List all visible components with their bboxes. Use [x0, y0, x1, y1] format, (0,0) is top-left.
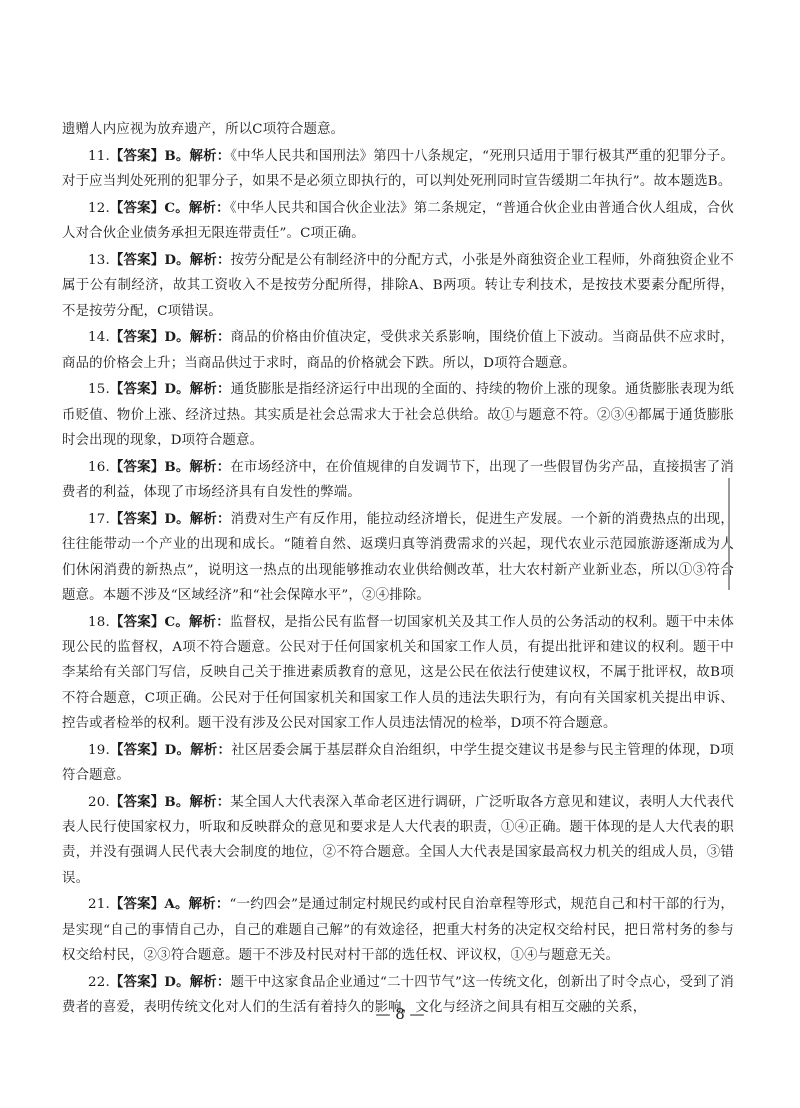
answer-item-18: 18.【答案】C。解析：监督权，是指公民有监督一切国家机关及其工作人员的公务活动… — [62, 610, 734, 736]
scan-margin-line — [728, 478, 730, 590]
continuation-paragraph: 遗赠人内应视为放弃遗产，所以C项符合题意。 — [62, 117, 734, 142]
answer-item-13: 13.【答案】D。解析：按劳分配是公有制经济中的分配方式，小张是外商独资企业工程… — [62, 248, 734, 324]
answer-item-12: 12.【答案】C。解析：《中华人民共和国合伙企业法》第二条规定，“普通合伙企业由… — [62, 196, 734, 247]
answer-item-16: 16.【答案】B。解析：在市场经济中，在价值规律的自发调节下，出现了一些假冒伪劣… — [62, 455, 734, 506]
document-body: 遗赠人内应视为放弃遗产，所以C项符合题意。 11.【答案】B。解析：《中华人民共… — [62, 117, 734, 1022]
answer-item-17: 17.【答案】D。解析：消费对生产有反作用，能拉动经济增长，促进生产发展。一个新… — [62, 507, 734, 608]
answer-item-20: 20.【答案】B。解析：某全国人大代表深入革命老区进行调研，广泛听取各方意见和建… — [62, 790, 734, 891]
answer-item-21: 21.【答案】A。解析：“一约四会”是通过制定村规民约或村民自治章程等形式，规范… — [62, 892, 734, 968]
page-number: — 8 — — [0, 1005, 800, 1023]
answer-item-11: 11.【答案】B。解析：《中华人民共和国刑法》第四十八条规定，“死刑只适用于罪行… — [62, 144, 734, 195]
answer-item-19: 19.【答案】D。解析：社区居委会属于基层群众自治组织，中学生提交建议书是参与民… — [62, 738, 734, 789]
answer-item-14: 14.【答案】D。解析：商品的价格由价值决定，受供求关系影响，围绕价值上下波动。… — [62, 325, 734, 376]
answer-item-15: 15.【答案】D。解析：通货膨胀是指经济运行中出现的全面的、持续的物价上涨的现象… — [62, 377, 734, 453]
